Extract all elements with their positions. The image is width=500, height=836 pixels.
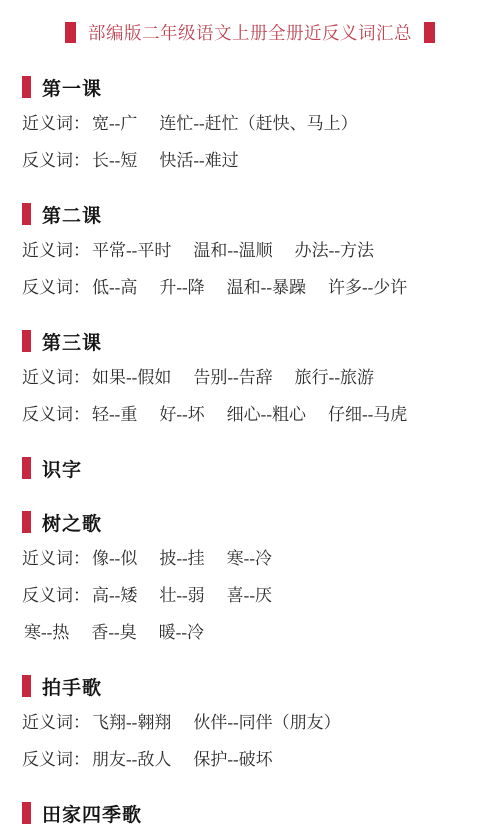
line-label: 反义词： (22, 750, 90, 769)
section-heading: 第一课 (22, 75, 478, 99)
word-pair: 许多--少许 (328, 278, 407, 297)
word-pair: 低--高 (92, 278, 137, 297)
section-block-icon (22, 203, 31, 225)
line-label: 反义词： (22, 151, 90, 170)
section-lesson-3: 第三课 近义词：如果--假如告别--告辞旅行--旅游 反义词：轻--重好--坏细… (22, 329, 478, 426)
section-title: 识字 (42, 455, 82, 482)
word-pair: 连忙--赶忙（赶快、马上） (159, 114, 357, 133)
word-pair: 温和--暴躁 (227, 278, 306, 297)
antonym-line: 反义词：低--高升--降温和--暴躁许多--少许 (22, 277, 478, 299)
word-pair: 温和--温顺 (193, 241, 272, 260)
section-block-icon (22, 511, 31, 533)
section-title: 拍手歌 (42, 673, 102, 700)
word-pair: 快活--难过 (159, 151, 238, 170)
word-pair: 好--坏 (159, 405, 204, 424)
section-shizi: 识字 (22, 456, 478, 480)
word-pair: 壮--弱 (159, 586, 204, 605)
word-pair: 办法--方法 (295, 241, 374, 260)
word-pair: 如果--假如 (92, 368, 171, 387)
word-pair: 寒--冷 (227, 549, 272, 568)
document-page: 部编版二年级语文上册全册近反义词汇总 第一课 近义词：宽--广连忙--赶忙（赶快… (0, 0, 500, 836)
word-pair: 宽--广 (92, 114, 137, 133)
antonym-continuation-line: 寒--热香--臭暖--冷 (22, 622, 478, 644)
word-pair: 保护--破坏 (193, 750, 272, 769)
word-pair: 香--臭 (91, 623, 136, 642)
line-label: 近义词： (22, 368, 90, 387)
section-heading: 识字 (22, 456, 478, 480)
line-label: 反义词： (22, 586, 90, 605)
section-block-icon (22, 76, 31, 98)
word-pair: 像--似 (92, 549, 137, 568)
page-title: 部编版二年级语文上册全册近反义词汇总 (88, 20, 412, 45)
document-title-row: 部编版二年级语文上册全册近反义词汇总 (22, 20, 478, 45)
word-pair: 旅行--旅游 (295, 368, 374, 387)
word-pair: 细心--粗心 (227, 405, 306, 424)
section-title: 第三课 (42, 328, 102, 355)
section-title: 第二课 (42, 201, 102, 228)
antonym-line: 反义词：轻--重好--坏细心--粗心仔细--马虎 (22, 404, 478, 426)
section-heading: 第三课 (22, 329, 478, 353)
section-title: 田家四季歌 (42, 800, 142, 827)
title-right-block-icon (424, 22, 435, 43)
line-label: 近义词： (22, 549, 90, 568)
word-pair: 披--挂 (159, 549, 204, 568)
section-lesson-2: 第二课 近义词：平常--平时温和--温顺办法--方法 反义词：低--高升--降温… (22, 202, 478, 299)
word-pair: 喜--厌 (227, 586, 272, 605)
antonym-line: 反义词：长--短快活--难过 (22, 150, 478, 172)
line-label: 近义词： (22, 114, 90, 133)
line-label: 反义词： (22, 278, 90, 297)
word-pair: 伙伴--同伴（朋友） (193, 713, 340, 732)
section-heading: 拍手歌 (22, 674, 478, 698)
section-block-icon (22, 330, 31, 352)
word-pair: 仔细--马虎 (328, 405, 407, 424)
word-pair: 告别--告辞 (193, 368, 272, 387)
word-pair: 平常--平时 (92, 241, 171, 260)
synonym-line: 近义词：平常--平时温和--温顺办法--方法 (22, 240, 478, 262)
section-block-icon (22, 802, 31, 824)
synonym-line: 近义词：飞翔--翱翔伙伴--同伴（朋友） (22, 712, 478, 734)
line-label: 近义词： (22, 713, 90, 732)
word-pair: 高--矮 (92, 586, 137, 605)
section-heading: 树之歌 (22, 510, 478, 534)
antonym-line: 反义词：朋友--敌人保护--破坏 (22, 749, 478, 771)
word-pair: 飞翔--翱翔 (92, 713, 171, 732)
section-shuzhige: 树之歌 近义词：像--似披--挂寒--冷 反义词：高--矮壮--弱喜--厌 寒-… (22, 510, 478, 644)
section-title: 树之歌 (42, 509, 102, 536)
word-pair: 长--短 (92, 151, 137, 170)
section-heading: 第二课 (22, 202, 478, 226)
title-left-block-icon (65, 22, 76, 43)
synonym-line: 近义词：宽--广连忙--赶忙（赶快、马上） (22, 113, 478, 135)
word-pair: 寒--热 (24, 623, 69, 642)
word-pair: 朋友--敌人 (92, 750, 171, 769)
synonym-line: 近义词：如果--假如告别--告辞旅行--旅游 (22, 367, 478, 389)
synonym-line: 近义词：像--似披--挂寒--冷 (22, 548, 478, 570)
section-lesson-1: 第一课 近义词：宽--广连忙--赶忙（赶快、马上） 反义词：长--短快活--难过 (22, 75, 478, 172)
line-label: 反义词： (22, 405, 90, 424)
word-pair: 暖--冷 (159, 623, 204, 642)
section-block-icon (22, 675, 31, 697)
section-paishouge: 拍手歌 近义词：飞翔--翱翔伙伴--同伴（朋友） 反义词：朋友--敌人保护--破… (22, 674, 478, 771)
section-tianjiasijige: 田家四季歌 (22, 801, 478, 825)
section-heading: 田家四季歌 (22, 801, 478, 825)
antonym-line: 反义词：高--矮壮--弱喜--厌 (22, 585, 478, 607)
word-pair: 升--降 (159, 278, 204, 297)
section-block-icon (22, 457, 31, 479)
section-title: 第一课 (42, 74, 102, 101)
word-pair: 轻--重 (92, 405, 137, 424)
line-label: 近义词： (22, 241, 90, 260)
